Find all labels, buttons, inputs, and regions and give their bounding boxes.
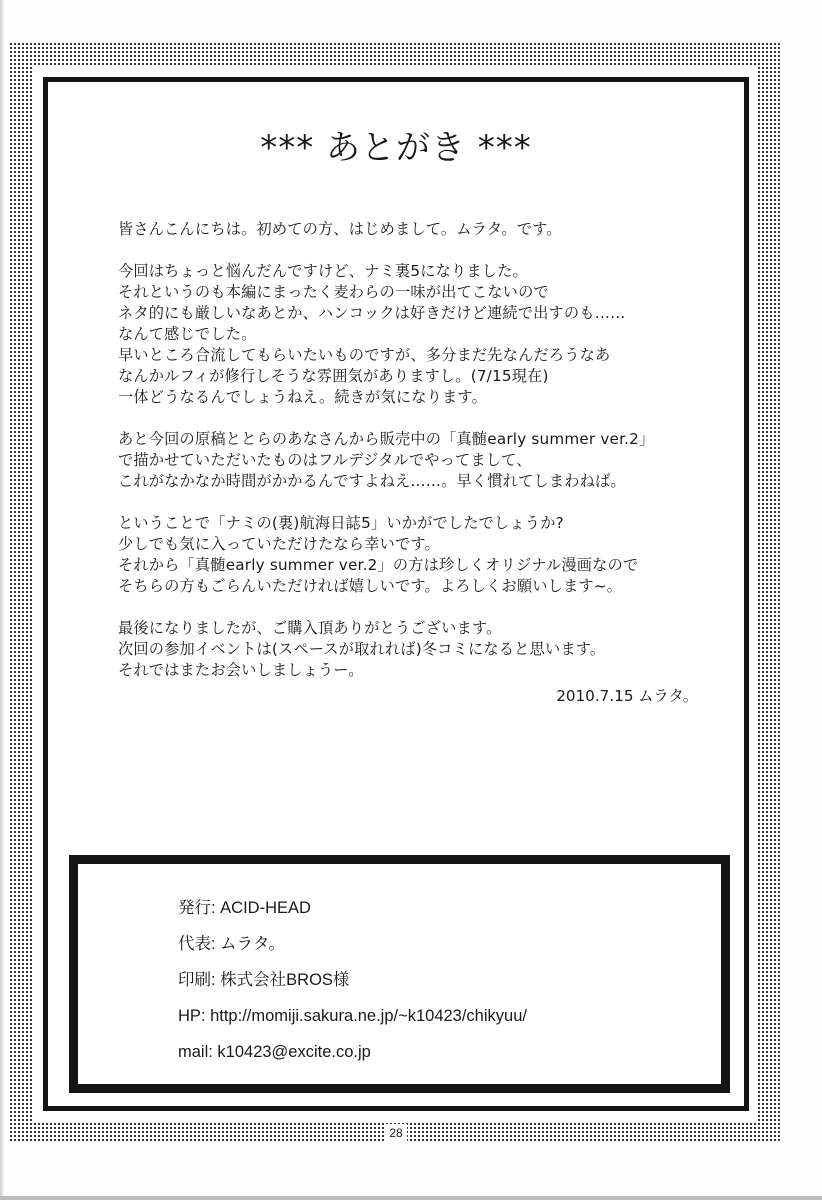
- text-line: 一体どうなるんでしょうねえ。続きが気になります。: [118, 387, 738, 408]
- page-title: *** あとがき ***: [48, 120, 744, 169]
- text-line: 少しでも気に入っていただけたなら幸いです。: [118, 534, 738, 555]
- scan-bottom-edge: [0, 1196, 822, 1200]
- text-line: 次回の参加イベントは(スペースが取れれば)冬コミになると思います。: [118, 639, 738, 660]
- signature-date: 2010.7.15 ムラタ。: [556, 685, 698, 706]
- afterword-frame: *** あとがき *** 皆さんこんにちは。初めての方、はじめまして。ムラタ。で…: [43, 77, 749, 1111]
- colophon-box: 発行: ACID-HEAD 代表: ムラタ。 印刷: 株式会社BROS様 HP:…: [69, 855, 730, 1093]
- colophon-info: 発行: ACID-HEAD 代表: ムラタ。 印刷: 株式会社BROS様 HP:…: [178, 898, 527, 1078]
- publisher: 発行: ACID-HEAD: [178, 898, 527, 934]
- text-line: そちらの方もごらんいただければ嬉しいです。よろしくお願いします~。: [118, 576, 738, 597]
- page-number: 28: [385, 1124, 407, 1142]
- printer: 印刷: 株式会社BROS様: [178, 970, 527, 1006]
- text-line: それというのも本編にまったく麦わらの一味が出てこないので: [118, 282, 738, 303]
- paragraph-digital: あと今回の原稿ととらのあなさんから販売中の「真髄early summer ver…: [118, 429, 738, 492]
- text-line: 皆さんこんにちは。初めての方、はじめまして。ムラタ。です。: [118, 219, 738, 240]
- paragraph-thanks: 最後になりましたが、ご購入頂ありがとうございます。 次回の参加イベントは(スペー…: [118, 618, 738, 681]
- scan-edge-shadow: [0, 0, 4, 1200]
- text-line: で描かせていただいたものはフルデジタルでやってまして、: [118, 450, 738, 471]
- paragraph-story: 今回はちょっと悩んだんですけど、ナミ裏5になりました。 それというのも本編にまっ…: [118, 261, 738, 408]
- text-line: なんて感じでした。: [118, 324, 738, 345]
- text-line: あと今回の原稿ととらのあなさんから販売中の「真髄early summer ver…: [118, 429, 738, 450]
- homepage-url: HP: http://momiji.sakura.ne.jp/~k10423/c…: [178, 1006, 527, 1042]
- paragraph-greeting: 皆さんこんにちは。初めての方、はじめまして。ムラタ。です。: [118, 219, 738, 240]
- mail-address: mail: k10423@excite.co.jp: [178, 1042, 527, 1078]
- text-line: 最後になりましたが、ご購入頂ありがとうございます。: [118, 618, 738, 639]
- text-line: ということで「ナミの(裏)航海日誌5」いかがでしたでしょうか?: [118, 513, 738, 534]
- text-line: ネタ的にも厳しいなあとか、ハンコックは好きだけど連続で出すのも……: [118, 303, 738, 324]
- text-line: これがなかなか時間がかかるんですよねえ……。早く慣れてしまわねば。: [118, 471, 738, 492]
- text-line: それではまたお会いしましょうー。: [118, 660, 738, 681]
- text-line: 早いところ合流してもらいたいものですが、多分まだ先なんだろうなあ: [118, 345, 738, 366]
- paragraph-closing: ということで「ナミの(裏)航海日誌5」いかがでしたでしょうか? 少しでも気に入っ…: [118, 513, 738, 597]
- afterword-body: 皆さんこんにちは。初めての方、はじめまして。ムラタ。です。 今回はちょっと悩んだ…: [118, 219, 738, 702]
- representative: 代表: ムラタ。: [178, 934, 527, 970]
- text-line: なんかルフィが修行しそうな雰囲気がありますし。(7/15現在): [118, 366, 738, 387]
- text-line: それから「真髄early summer ver.2」の方は珍しくオリジナル漫画な…: [118, 555, 738, 576]
- text-line: 今回はちょっと悩んだんですけど、ナミ裏5になりました。: [118, 261, 738, 282]
